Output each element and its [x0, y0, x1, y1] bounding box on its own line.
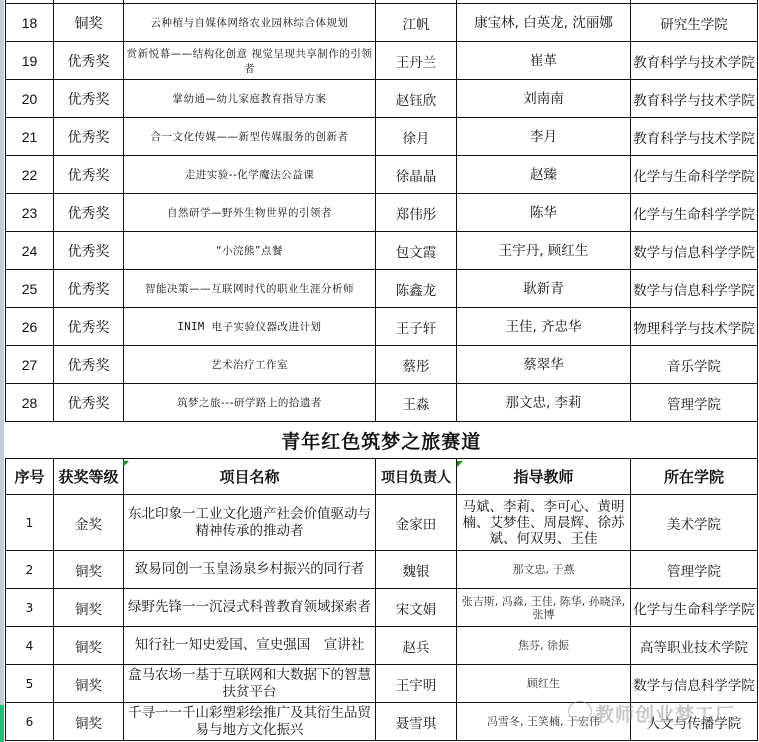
project-leader: 徐月: [376, 118, 457, 156]
row-number: 23: [6, 194, 54, 232]
project-name: 掌幼通—幼儿家庭教育指导方案: [124, 80, 376, 118]
award-level: 铜奖: [54, 589, 124, 627]
row-number: 2: [6, 551, 54, 589]
wechat-icon: [568, 701, 592, 721]
advisor-teachers: 顾红生: [457, 665, 631, 703]
header-project: 项目名称: [124, 459, 376, 495]
table-row: 18 铜奖 云种植与自媒体网络农业园林综合体规划 江帆 康宝林, 白英龙, 沈丽…: [6, 4, 758, 42]
row-number: 28: [6, 384, 54, 422]
college: 化学与生命科学学院: [631, 156, 758, 194]
project-name: 艺术治疗工作室: [124, 346, 376, 384]
row-number: 21: [6, 118, 54, 156]
table-row: 20 优秀奖 掌幼通—幼儿家庭教育指导方案 赵钰欣 刘南南 教育科学与技术学院: [6, 80, 758, 118]
project-name: 绿野先锋一一沉浸式科普教育领域探索者: [124, 589, 376, 627]
project-leader: 聂雪琪: [376, 703, 457, 741]
table-header-row: 序号 获奖等级 项目名称 项目负责人 指导教师 所在学院: [6, 459, 758, 495]
project-name: 走进实验--化学魔法公益课: [124, 156, 376, 194]
table-row: 24 优秀奖 “小浣熊”点餐 包文霞 王宇丹, 顾红生 数学与信息科学学院: [6, 232, 758, 270]
table-row: 1 金奖 东北印象一工业文化遗产社会价值驱动与精神传承的推动者 金家田 马斌、李…: [6, 495, 758, 551]
header-leader: 项目负责人: [376, 459, 457, 495]
college: 管理学院: [631, 384, 758, 422]
row-number: 27: [6, 346, 54, 384]
advisor-teachers: 刘南南: [457, 80, 631, 118]
project-name: 合一文化传媒——新型传媒服务的创新者: [124, 118, 376, 156]
row-number: 1: [6, 495, 54, 551]
college: 数学与信息科学学院: [631, 665, 758, 703]
section-title-row: 青年红色筑梦之旅赛道: [6, 422, 758, 459]
table-row: 3 铜奖 绿野先锋一一沉浸式科普教育领域探索者 宋文娟 张吉斯, 冯淼, 王佳,…: [6, 589, 758, 627]
table-row: 19 优秀奖 赏新悦幕——结构化创意 视觉呈现共享制作的引领者 王丹兰 崔革 教…: [6, 42, 758, 80]
awards-table: 18 铜奖 云种植与自媒体网络农业园林综合体规划 江帆 康宝林, 白英龙, 沈丽…: [5, 0, 758, 741]
college: 物理科学与技术学院: [631, 308, 758, 346]
award-level: 优秀奖: [54, 80, 124, 118]
row-number: 18: [6, 4, 54, 42]
advisor-teachers: 蔡翠华: [457, 346, 631, 384]
project-leader: 王淼: [376, 384, 457, 422]
row-number: 4: [6, 627, 54, 665]
award-level: 优秀奖: [54, 156, 124, 194]
college: 高等职业技术学院: [631, 627, 758, 665]
project-leader: 金家田: [376, 495, 457, 551]
project-leader: 郑伟彤: [376, 194, 457, 232]
header-college: 所在学院: [631, 459, 758, 495]
table-row: 23 优秀奖 自然研学—野外生物世界的引领者 郑伟彤 陈华 化学与生命科学学院: [6, 194, 758, 232]
project-name: INIM 电子实验仪器改进计划: [124, 308, 376, 346]
advisor-teachers: 耿新青: [457, 270, 631, 308]
award-level: 优秀奖: [54, 346, 124, 384]
header-award: 获奖等级: [54, 459, 124, 495]
project-leader: 赵兵: [376, 627, 457, 665]
award-level: 铜奖: [54, 665, 124, 703]
college: 化学与生命科学学院: [631, 589, 758, 627]
watermark: 教师创业梦工厂: [595, 700, 735, 727]
advisor-teachers: 马斌、李莉、李可心、黄明楠、艾梦佳、周晨辉、徐苏斌、何双男、王佳: [457, 495, 631, 551]
table-row: 28 优秀奖 筑梦之旅---研学路上的拾遗者 王淼 那文忠, 李莉 管理学院: [6, 384, 758, 422]
award-level: 金奖: [54, 495, 124, 551]
project-name: 东北印象一工业文化遗产社会价值驱动与精神传承的推动者: [124, 495, 376, 551]
project-leader: 包文霞: [376, 232, 457, 270]
row-selection-marker: [0, 705, 4, 742]
project-leader: 蔡彤: [376, 346, 457, 384]
advisor-teachers: 陈华: [457, 194, 631, 232]
college: 数学与信息科学学院: [631, 232, 758, 270]
project-name: 千寻一一千山彩塑彩绘推广及其衍生品贸易与地方文化振兴: [124, 703, 376, 741]
row-number: 20: [6, 80, 54, 118]
table-row: 2 铜奖 致易同创一玉皇汤泉乡村振兴的同行者 魏银 那文忠, 于燕 管理学院: [6, 551, 758, 589]
table-row: 25 优秀奖 智能决策——互联网时代的职业生涯分析师 陈鑫龙 耿新青 数学与信息…: [6, 270, 758, 308]
project-name: 知行社一知史爱国、宣史强国 宣讲社: [124, 627, 376, 665]
advisor-teachers: 崔革: [457, 42, 631, 80]
project-leader: 宋文娟: [376, 589, 457, 627]
award-level: 铜奖: [54, 551, 124, 589]
college: 音乐学院: [631, 346, 758, 384]
project-leader: 魏银: [376, 551, 457, 589]
award-level: 优秀奖: [54, 308, 124, 346]
advisor-teachers: 张吉斯, 冯淼, 王佳, 陈华, 孙晓泽, 张博: [457, 589, 631, 627]
award-level: 优秀奖: [54, 270, 124, 308]
project-leader: 王宇明: [376, 665, 457, 703]
award-level: 铜奖: [54, 4, 124, 42]
award-level: 优秀奖: [54, 118, 124, 156]
project-leader: 赵钰欣: [376, 80, 457, 118]
award-level: 优秀奖: [54, 42, 124, 80]
award-level: 铜奖: [54, 627, 124, 665]
award-level: 优秀奖: [54, 232, 124, 270]
project-name: 自然研学—野外生物世界的引领者: [124, 194, 376, 232]
college: 教育科学与技术学院: [631, 118, 758, 156]
college: 化学与生命科学学院: [631, 194, 758, 232]
advisor-teachers: 康宝林, 白英龙, 沈丽娜: [457, 4, 631, 42]
advisor-teachers: 赵臻: [457, 156, 631, 194]
project-name: 智能决策——互联网时代的职业生涯分析师: [124, 270, 376, 308]
college: 美术学院: [631, 495, 758, 551]
table-row: 27 优秀奖 艺术治疗工作室 蔡彤 蔡翠华 音乐学院: [6, 346, 758, 384]
header-teachers: 指导教师: [457, 459, 631, 495]
row-number: 3: [6, 589, 54, 627]
advisor-teachers: 王宇丹, 顾红生: [457, 232, 631, 270]
advisor-teachers: 那文忠, 李莉: [457, 384, 631, 422]
project-name: 筑梦之旅---研学路上的拾遗者: [124, 384, 376, 422]
table-row: 5 铜奖 盒马农场一基于互联网和大数据下的智慧扶贫平台 王宇明 顾红生 数学与信…: [6, 665, 758, 703]
row-number: 26: [6, 308, 54, 346]
row-number: 5: [6, 665, 54, 703]
table-row: 4 铜奖 知行社一知史爱国、宣史强国 宣讲社 赵兵 焦芬, 徐振 高等职业技术学…: [6, 627, 758, 665]
comment-indicator-icon: [123, 461, 129, 467]
project-name: 致易同创一玉皇汤泉乡村振兴的同行者: [124, 551, 376, 589]
college: 教育科学与技术学院: [631, 80, 758, 118]
college: 教育科学与技术学院: [631, 42, 758, 80]
row-number: 25: [6, 270, 54, 308]
row-number: 24: [6, 232, 54, 270]
advisor-teachers: 李月: [457, 118, 631, 156]
table-row: 22 优秀奖 走进实验--化学魔法公益课 徐晶晶 赵臻 化学与生命科学学院: [6, 156, 758, 194]
project-name: 盒马农场一基于互联网和大数据下的智慧扶贫平台: [124, 665, 376, 703]
project-leader: 徐晶晶: [376, 156, 457, 194]
project-name: “小浣熊”点餐: [124, 232, 376, 270]
row-number: 19: [6, 42, 54, 80]
college: 数学与信息科学学院: [631, 270, 758, 308]
award-level: 铜奖: [54, 703, 124, 741]
left-gutter: [0, 0, 4, 742]
row-number: 22: [6, 156, 54, 194]
college: 管理学院: [631, 551, 758, 589]
comment-indicator-icon: [457, 461, 463, 467]
section-title: 青年红色筑梦之旅赛道: [6, 422, 758, 459]
header-no: 序号: [6, 459, 54, 495]
project-leader: 王子轩: [376, 308, 457, 346]
row-number: 6: [6, 703, 54, 741]
advisor-teachers: 王佳, 齐忠华: [457, 308, 631, 346]
project-leader: 江帆: [376, 4, 457, 42]
college: 研究生学院: [631, 4, 758, 42]
table-row: 21 优秀奖 合一文化传媒——新型传媒服务的创新者 徐月 李月 教育科学与技术学…: [6, 118, 758, 156]
advisor-teachers: 焦芬, 徐振: [457, 627, 631, 665]
project-leader: 王丹兰: [376, 42, 457, 80]
project-name: 云种植与自媒体网络农业园林综合体规划: [124, 4, 376, 42]
award-level: 优秀奖: [54, 194, 124, 232]
award-level: 优秀奖: [54, 384, 124, 422]
advisor-teachers: 那文忠, 于燕: [457, 551, 631, 589]
project-name: 赏新悦幕——结构化创意 视觉呈现共享制作的引领者: [124, 42, 376, 80]
project-leader: 陈鑫龙: [376, 270, 457, 308]
table-row: 26 优秀奖 INIM 电子实验仪器改进计划 王子轩 王佳, 齐忠华 物理科学与…: [6, 308, 758, 346]
